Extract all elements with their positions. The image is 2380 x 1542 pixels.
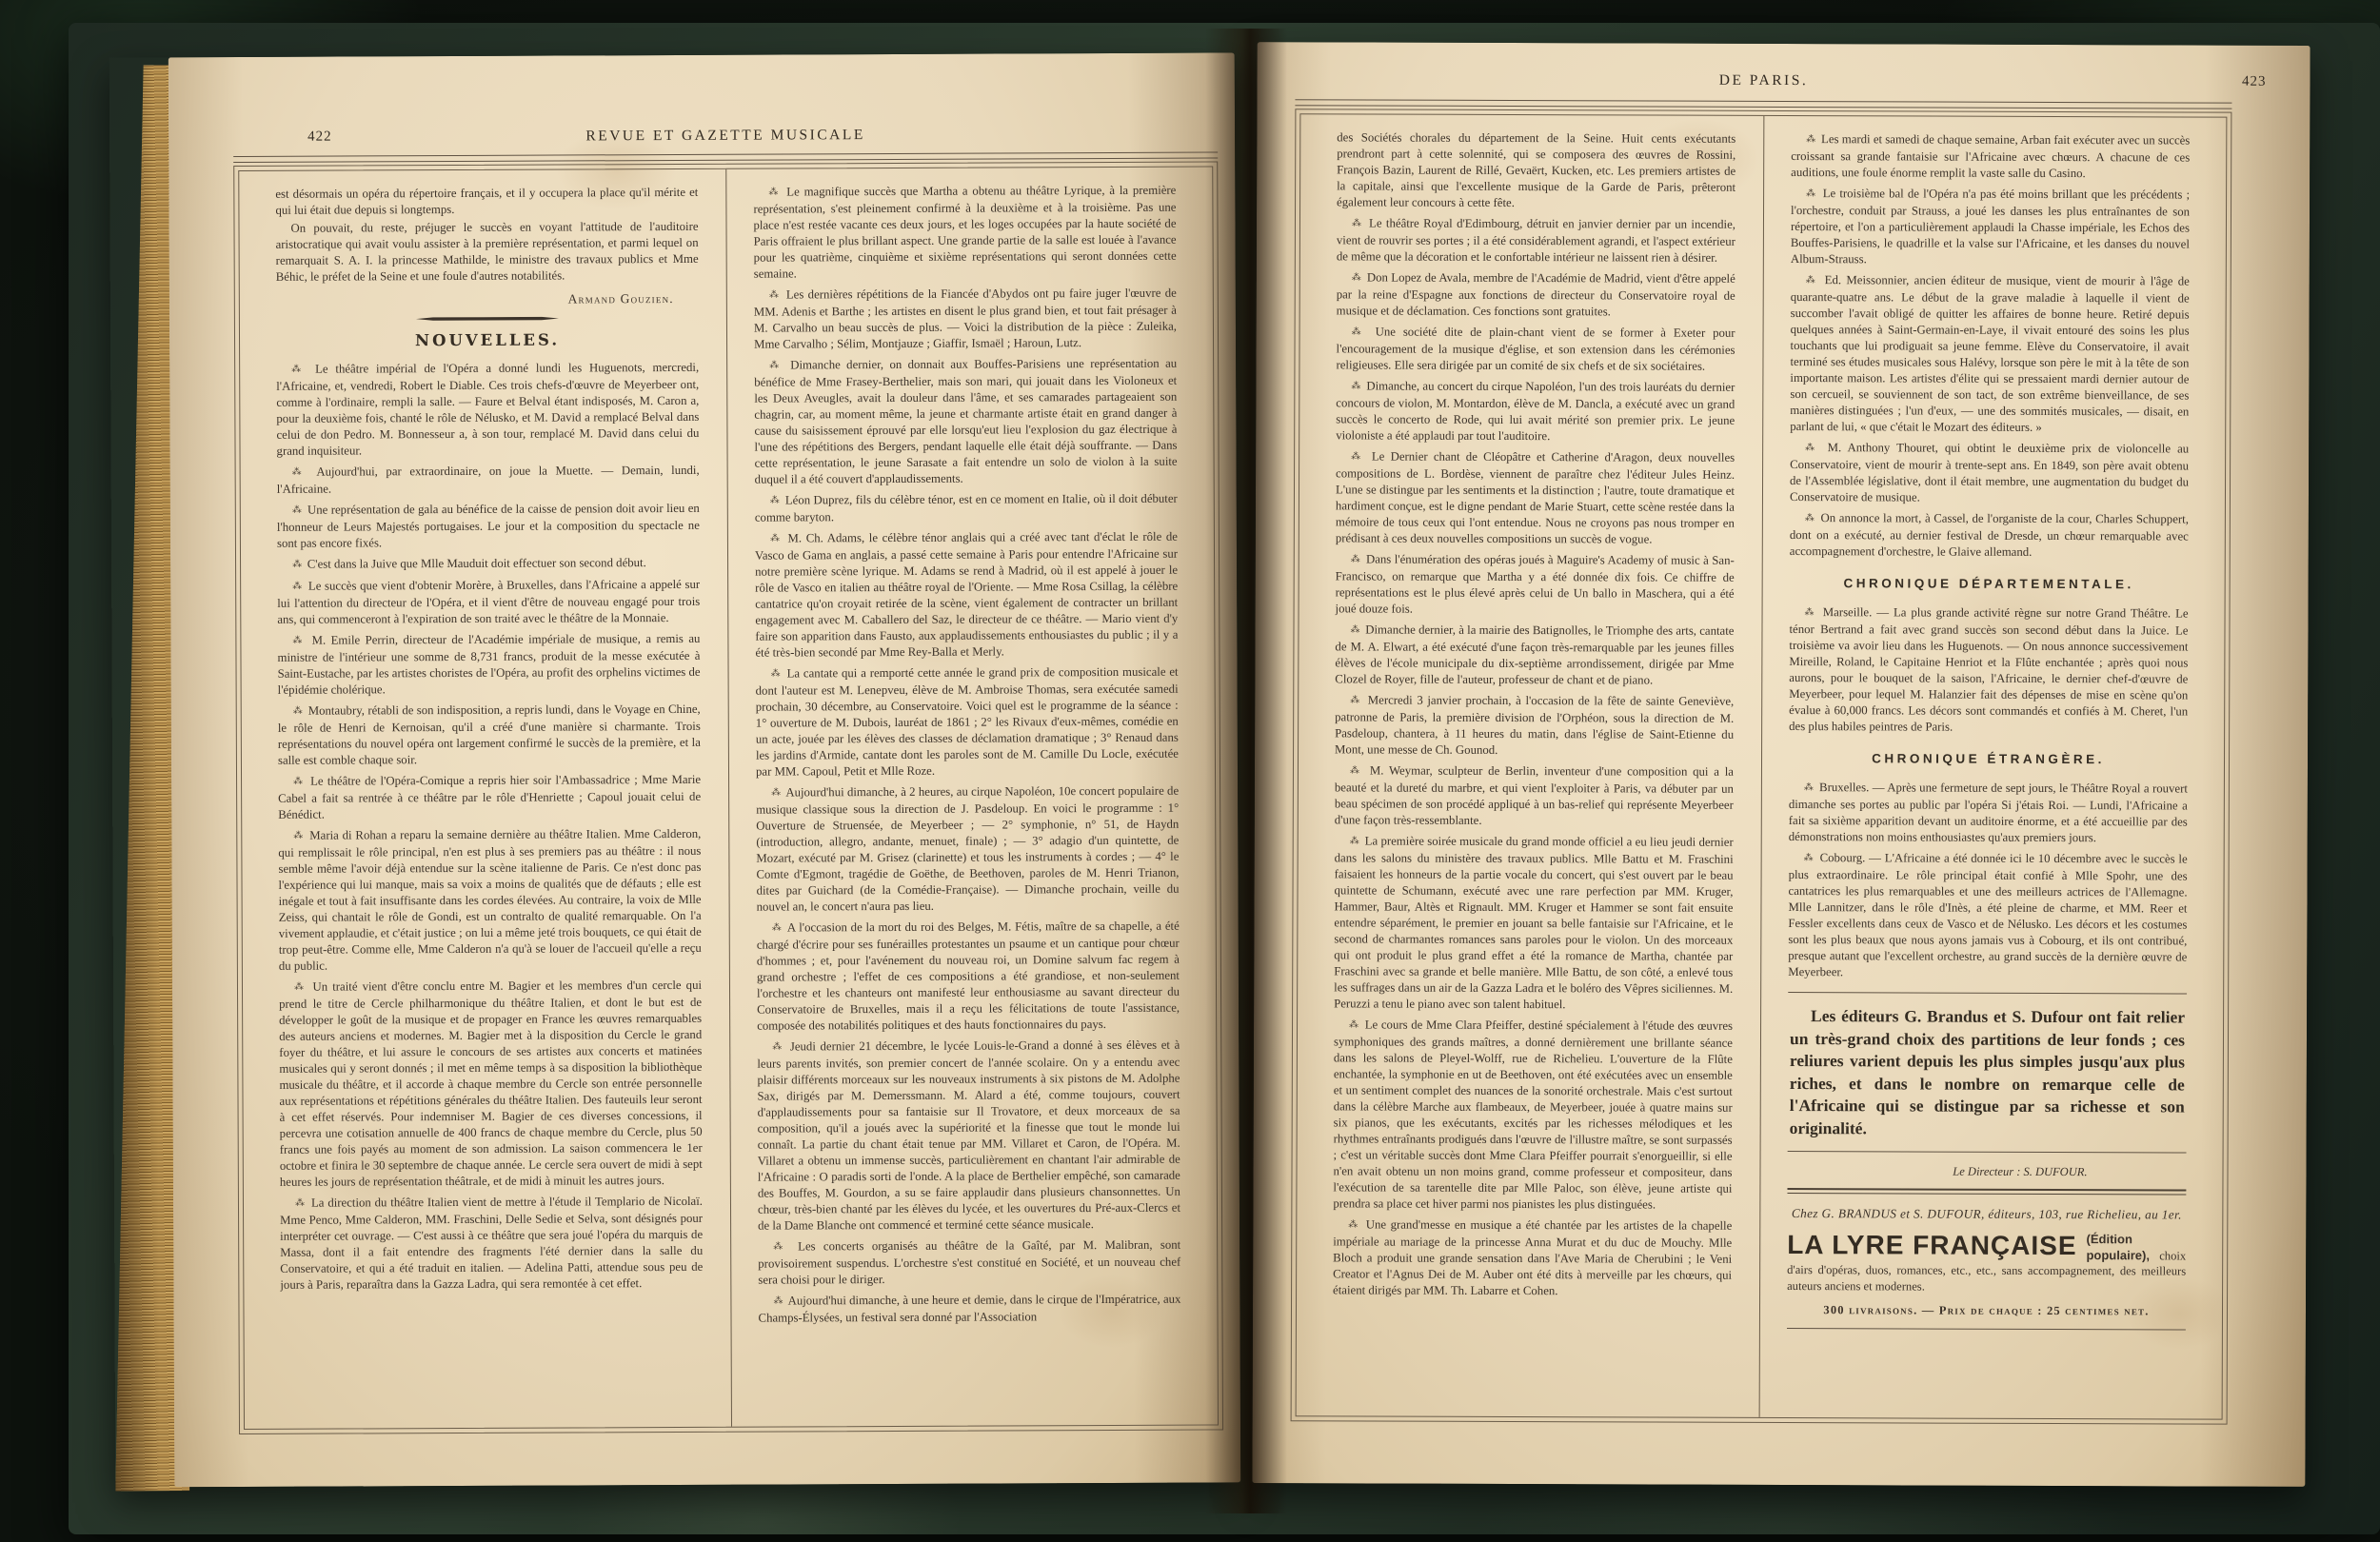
asterism-ornament: ⁂ [1805, 607, 1816, 618]
heavy-rule [1787, 1188, 2186, 1195]
news-item: ⁂ Mercredi 3 janvier prochain, à l'occas… [1335, 692, 1734, 759]
asterism-ornament: ⁂ [292, 582, 303, 592]
publisher-notice: Les éditeurs G. Brandus et S. Dufour ont… [1788, 993, 2188, 1152]
asterism-ornament: ⁂ [1804, 853, 1815, 863]
left-page-column-2: ⁂ Le magnifique succès que Martha a obte… [753, 183, 1181, 1413]
continuation-paragraph: des Sociétés chorales du département de … [1337, 129, 1735, 211]
text-frame-inner-right: des Sociétés chorales du département de … [1296, 113, 2228, 1419]
right-page-column-1: des Sociétés chorales du département de … [1333, 129, 1736, 1403]
lyre-edition: (Édition populaire), [2086, 1232, 2150, 1262]
text-frame-inner-left: est désormais un opéra du répertoire fra… [238, 167, 1219, 1430]
heading-chronique-etrangere: CHRONIQUE ÉTRANGÈRE. [1789, 750, 2188, 767]
news-item: ⁂ On annonce la mort, à Cassel, de l'org… [1790, 510, 2189, 561]
left-page-header: 422 REVUE ET GAZETTE MUSICALE [292, 126, 1159, 154]
news-item: ⁂ La direction du théâtre Italien vient … [280, 1194, 703, 1294]
asterism-ornament: ⁂ [1350, 836, 1360, 846]
section-heading-nouvelles: NOUVELLES. [276, 331, 699, 349]
asterism-ornament: ⁂ [1805, 443, 1818, 453]
news-item: ⁂ M. Weymar, sculpteur de Berlin, invent… [1335, 762, 1734, 829]
asterism-ornament: ⁂ [770, 534, 782, 544]
news-item: ⁂ Dimanche dernier, à la mairie des Bati… [1335, 622, 1734, 688]
news-item: ⁂ Une représentation de gala au bénéfice… [277, 501, 700, 552]
asterism-ornament: ⁂ [1806, 275, 1818, 286]
asterism-ornament: ⁂ [1352, 326, 1366, 337]
asterism-ornament: ⁂ [771, 788, 782, 799]
right-page: DE PARIS. 423 des Sociétés chorales du d… [1252, 42, 2310, 1487]
intro-paragraphs: est désormais un opéra du répertoire fra… [275, 185, 698, 286]
news-item: ⁂ Cobourg. — L'Africaine a été donnée ic… [1788, 850, 2187, 981]
page-number-right: 423 [2242, 74, 2267, 90]
asterism-ornament: ⁂ [1352, 218, 1363, 228]
news-item: ⁂ Dans l'énumération des opéras joués à … [1336, 551, 1735, 618]
news-item: ⁂ La cantate qui a remporté cette année … [756, 664, 1180, 781]
asterism-ornament: ⁂ [772, 923, 783, 934]
news-list-right-col2: ⁂ Les mardi et samedi de chaque semaine,… [1790, 131, 2191, 561]
news-item: ⁂ Marseille. — La plus grande activité r… [1789, 604, 2188, 736]
news-item: ⁂ Une société dite de plain-chant vient … [1336, 324, 1735, 374]
news-item: ⁂ C'est dans la Juive que Mlle Mauduit d… [277, 555, 700, 574]
news-item: ⁂ Un traité vient d'être conclu entre M.… [279, 978, 703, 1191]
chronique-departementale-items: ⁂ Marseille. — La plus grande activité r… [1789, 604, 2188, 736]
asterism-ornament: ⁂ [293, 706, 304, 717]
asterism-ornament: ⁂ [1351, 451, 1364, 462]
right-page-header: DE PARIS. 423 [1295, 70, 2231, 98]
director-line: Le Directeur : S. DUFOUR. [1787, 1163, 2186, 1180]
news-item: ⁂ Aujourd'hui dimanche, à une heure et d… [758, 1292, 1180, 1327]
news-list-left-col2: ⁂ Le magnifique succès que Martha a obte… [753, 183, 1180, 1327]
asterism-ornament: ⁂ [1351, 554, 1361, 564]
asterism-ornament: ⁂ [291, 365, 306, 375]
lyre-francaise-ad: LA LYRE FRANÇAISE (Édition populaire), c… [1787, 1231, 2186, 1295]
left-page-column-1: est désormais un opéra du répertoire fra… [275, 185, 704, 1415]
asterism-ornament: ⁂ [292, 505, 303, 516]
news-item: ⁂ Les mardi et samedi de chaque semaine,… [1791, 131, 2190, 182]
asterism-ornament: ⁂ [768, 188, 780, 198]
publisher-notice-box: Les éditeurs G. Brandus et S. Dufour ont… [1788, 992, 2188, 1153]
news-item: ⁂ Montaubry, rétabli de son indispositio… [278, 702, 701, 769]
news-item: ⁂ Aujourd'hui dimanche, à 2 heures, au c… [756, 783, 1180, 916]
news-item: ⁂ Le théâtre Royal d'Edimbourg, détruit … [1337, 215, 1735, 266]
chronique-etrangere-items: ⁂ Bruxelles. — Après une fermeture de se… [1788, 780, 2188, 981]
asterism-ornament: ⁂ [292, 467, 307, 478]
asterism-ornament: ⁂ [769, 290, 781, 301]
lyre-title: LA LYRE FRANÇAISE [1787, 1231, 2076, 1260]
news-item: ⁂ Aujourd'hui, par extraordinaire, on jo… [277, 463, 700, 498]
asterism-ornament: ⁂ [292, 560, 303, 570]
right-paper: DE PARIS. 423 des Sociétés chorales du d… [1252, 42, 2310, 1487]
author-signature: Armand Gouzien. [276, 290, 699, 308]
news-item: ⁂ Maria di Rohan a reparu la semaine der… [278, 826, 702, 975]
text-frame-right: des Sociétés chorales du département de … [1291, 109, 2232, 1424]
news-item: ⁂ Le théâtre de l'Opéra-Comique a repris… [278, 772, 701, 823]
news-list-left-col1: ⁂ Le théâtre impérial de l'Opéra a donné… [276, 360, 703, 1294]
news-item: ⁂ Bruxelles. — Après une fermeture de se… [1789, 780, 2188, 846]
end-rule [1787, 1328, 2186, 1330]
asterism-ornament: ⁂ [1349, 1019, 1359, 1030]
news-list-right-col1: ⁂ Le théâtre Royal d'Edimbourg, détruit … [1333, 215, 1735, 1299]
news-item: ⁂ M. Ch. Adams, le célèbre ténor anglais… [755, 529, 1179, 662]
news-item: ⁂ Dimanche dernier, on donnait aux Bouff… [754, 356, 1178, 488]
asterism-ornament: ⁂ [773, 1296, 783, 1307]
header-rule-right [1295, 99, 2231, 109]
asterism-ornament: ⁂ [769, 361, 783, 371]
news-item: ⁂ Le théâtre impérial de l'Opéra a donné… [276, 360, 699, 460]
left-page: 422 REVUE ET GAZETTE MUSICALE est désorm… [109, 52, 1241, 1487]
asterism-ornament: ⁂ [292, 636, 305, 646]
journal-title: REVUE ET GAZETTE MUSICALE [292, 126, 1159, 147]
news-item: ⁂ Dimanche, au concert du cirque Napoléo… [1336, 378, 1735, 445]
news-item: ⁂ Les concerts organisés au théâtre de l… [758, 1237, 1180, 1289]
asterism-ornament: ⁂ [1352, 272, 1362, 283]
paragraph: est désormais un opéra du répertoire fra… [275, 185, 698, 219]
news-item: ⁂ Léon Duprez, fils du célèbre ténor, es… [755, 491, 1178, 526]
text-frame-left: est désormais un opéra du répertoire fra… [233, 162, 1223, 1434]
news-item: ⁂ Une grand'messe en musique a été chant… [1333, 1216, 1732, 1299]
asterism-ornament: ⁂ [293, 777, 305, 787]
asterism-ornament: ⁂ [1806, 188, 1816, 199]
book-photo: 422 REVUE ET GAZETTE MUSICALE est désorm… [0, 0, 2380, 1542]
news-item: ⁂ Le succès que vient d'obtenir Morère, … [277, 577, 700, 628]
news-item: ⁂ La première soirée musicale du grand m… [1334, 833, 1734, 1013]
asterism-ornament: ⁂ [1350, 695, 1361, 705]
asterism-ornament: ⁂ [1804, 782, 1815, 793]
asterism-ornament: ⁂ [1351, 381, 1361, 391]
news-item: ⁂ M. Emile Perrin, directeur de l'Académ… [277, 631, 700, 699]
left-paper: 422 REVUE ET GAZETTE MUSICALE est désorm… [169, 52, 1241, 1487]
news-item: ⁂ Le cours de Mme Clara Pfeiffer, destin… [1333, 1017, 1733, 1213]
asterism-ornament: ⁂ [293, 831, 304, 841]
asterism-ornament: ⁂ [294, 982, 306, 993]
asterism-ornament: ⁂ [295, 1198, 306, 1209]
news-item: ⁂ Le Dernier chant de Cléopâtre et Cathe… [1336, 448, 1735, 547]
paragraph: On pouvait, du reste, préjuger le succès… [275, 219, 698, 286]
news-item: ⁂ Jeudi dernier 21 décembre, le lycée Lo… [757, 1038, 1180, 1235]
news-item: ⁂ Les dernières répétitions de la Fiancé… [754, 286, 1177, 353]
page-number-left: 422 [307, 129, 332, 146]
journal-title-right: DE PARIS. [1295, 70, 2231, 90]
livraisons-line: 300 livraisons. — Prix de chaque : 25 ce… [1787, 1302, 2186, 1319]
news-item: ⁂ A l'occasion de la mort du roi des Bel… [757, 919, 1180, 1035]
heading-chronique-departementale: CHRONIQUE DÉPARTEMENTALE. [1790, 575, 2189, 592]
news-item: ⁂ M. Anthony Thouret, qui obtint le deux… [1790, 440, 2189, 506]
asterism-ornament: ⁂ [770, 496, 781, 506]
asterism-ornament: ⁂ [1350, 765, 1362, 776]
asterism-ornament: ⁂ [772, 1042, 783, 1053]
news-item: ⁂ Don Lopez de Avala, membre de l'Académ… [1337, 269, 1735, 320]
news-item: ⁂ Ed. Meissonnier, ancien éditeur de mus… [1790, 272, 2190, 436]
asterism-ornament: ⁂ [1805, 513, 1815, 524]
ornament-divider [416, 317, 559, 322]
asterism-ornament: ⁂ [1806, 134, 1816, 145]
asterism-ornament: ⁂ [1350, 624, 1360, 635]
asterism-ornament: ⁂ [771, 669, 782, 680]
imprint-line: Chez G. BRANDUS et S. DUFOUR, éditeurs, … [1787, 1205, 2186, 1222]
news-item: ⁂ Le magnifique succès que Martha a obte… [753, 183, 1176, 283]
asterism-ornament: ⁂ [1348, 1219, 1359, 1230]
news-item: ⁂ Le troisième bal de l'Opéra n'a pas ét… [1791, 186, 2190, 268]
right-page-column-2: ⁂ Les mardi et samedi de chaque semaine,… [1787, 131, 2191, 1405]
asterism-ornament: ⁂ [773, 1241, 788, 1252]
